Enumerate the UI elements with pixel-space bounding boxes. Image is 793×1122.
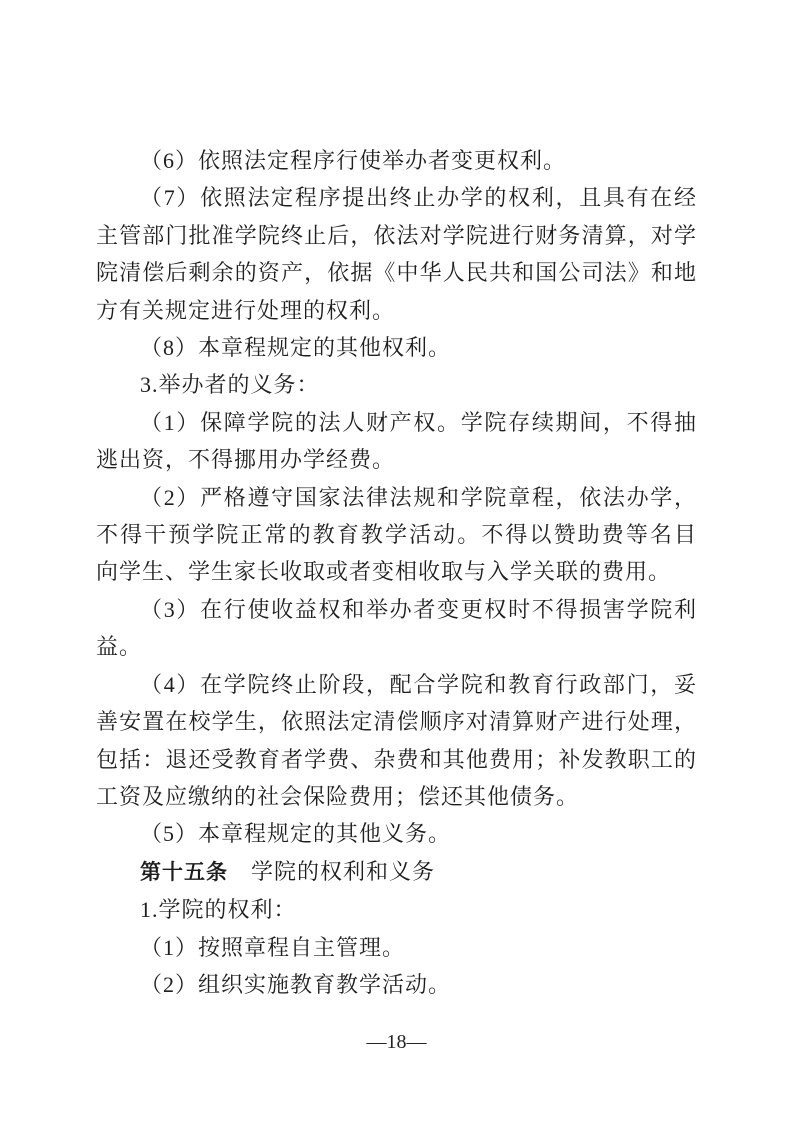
- paragraph-duty-4: （4）在学院终止阶段，配合学院和教育行政部门，妥善安置在校学生，依照法定清偿顺序…: [96, 666, 697, 816]
- document-body: （6）依照法定程序行使举办者变更权利。 （7）依照法定程序提出终止办学的权利，且…: [96, 142, 697, 1003]
- paragraph-duty-3: （3）在行使收益权和举办者变更权时不得损害学院利益。: [96, 591, 697, 666]
- paragraph-item-8-rights: （8）本章程规定的其他权利。: [96, 329, 697, 366]
- page-number: —18—: [0, 1031, 793, 1054]
- paragraph-item-6-rights: （6）依照法定程序行使举办者变更权利。: [96, 142, 697, 179]
- paragraph-college-rights-title: 1.学院的权利：: [96, 891, 697, 928]
- paragraph-organizer-duties-title: 3.举办者的义务：: [96, 366, 697, 403]
- paragraph-item-7-rights: （7）依照法定程序提出终止办学的权利，且具有在经主管部门批准学院终止后，依法对学…: [96, 179, 697, 329]
- paragraph-duty-1: （1）保障学院的法人财产权。学院存续期间，不得抽逃出资，不得挪用办学经费。: [96, 404, 697, 479]
- article-15-number: 第十五条: [140, 861, 228, 884]
- paragraph-college-right-1: （1）按照章程自主管理。: [96, 929, 697, 966]
- paragraph-duty-2: （2）严格遵守国家法律法规和学院章程，依法办学，不得干预学院正常的教育教学活动。…: [96, 479, 697, 591]
- article-15-title: 学院的权利和义务: [228, 859, 435, 884]
- document-page: { "page": { "number_label": "—18—" }, "c…: [0, 0, 793, 1122]
- paragraph-duty-5: （5）本章程规定的其他义务。: [96, 815, 697, 852]
- article-15-heading: 第十五条 学院的权利和义务: [96, 853, 697, 891]
- paragraph-college-right-2: （2）组织实施教育教学活动。: [96, 966, 697, 1003]
